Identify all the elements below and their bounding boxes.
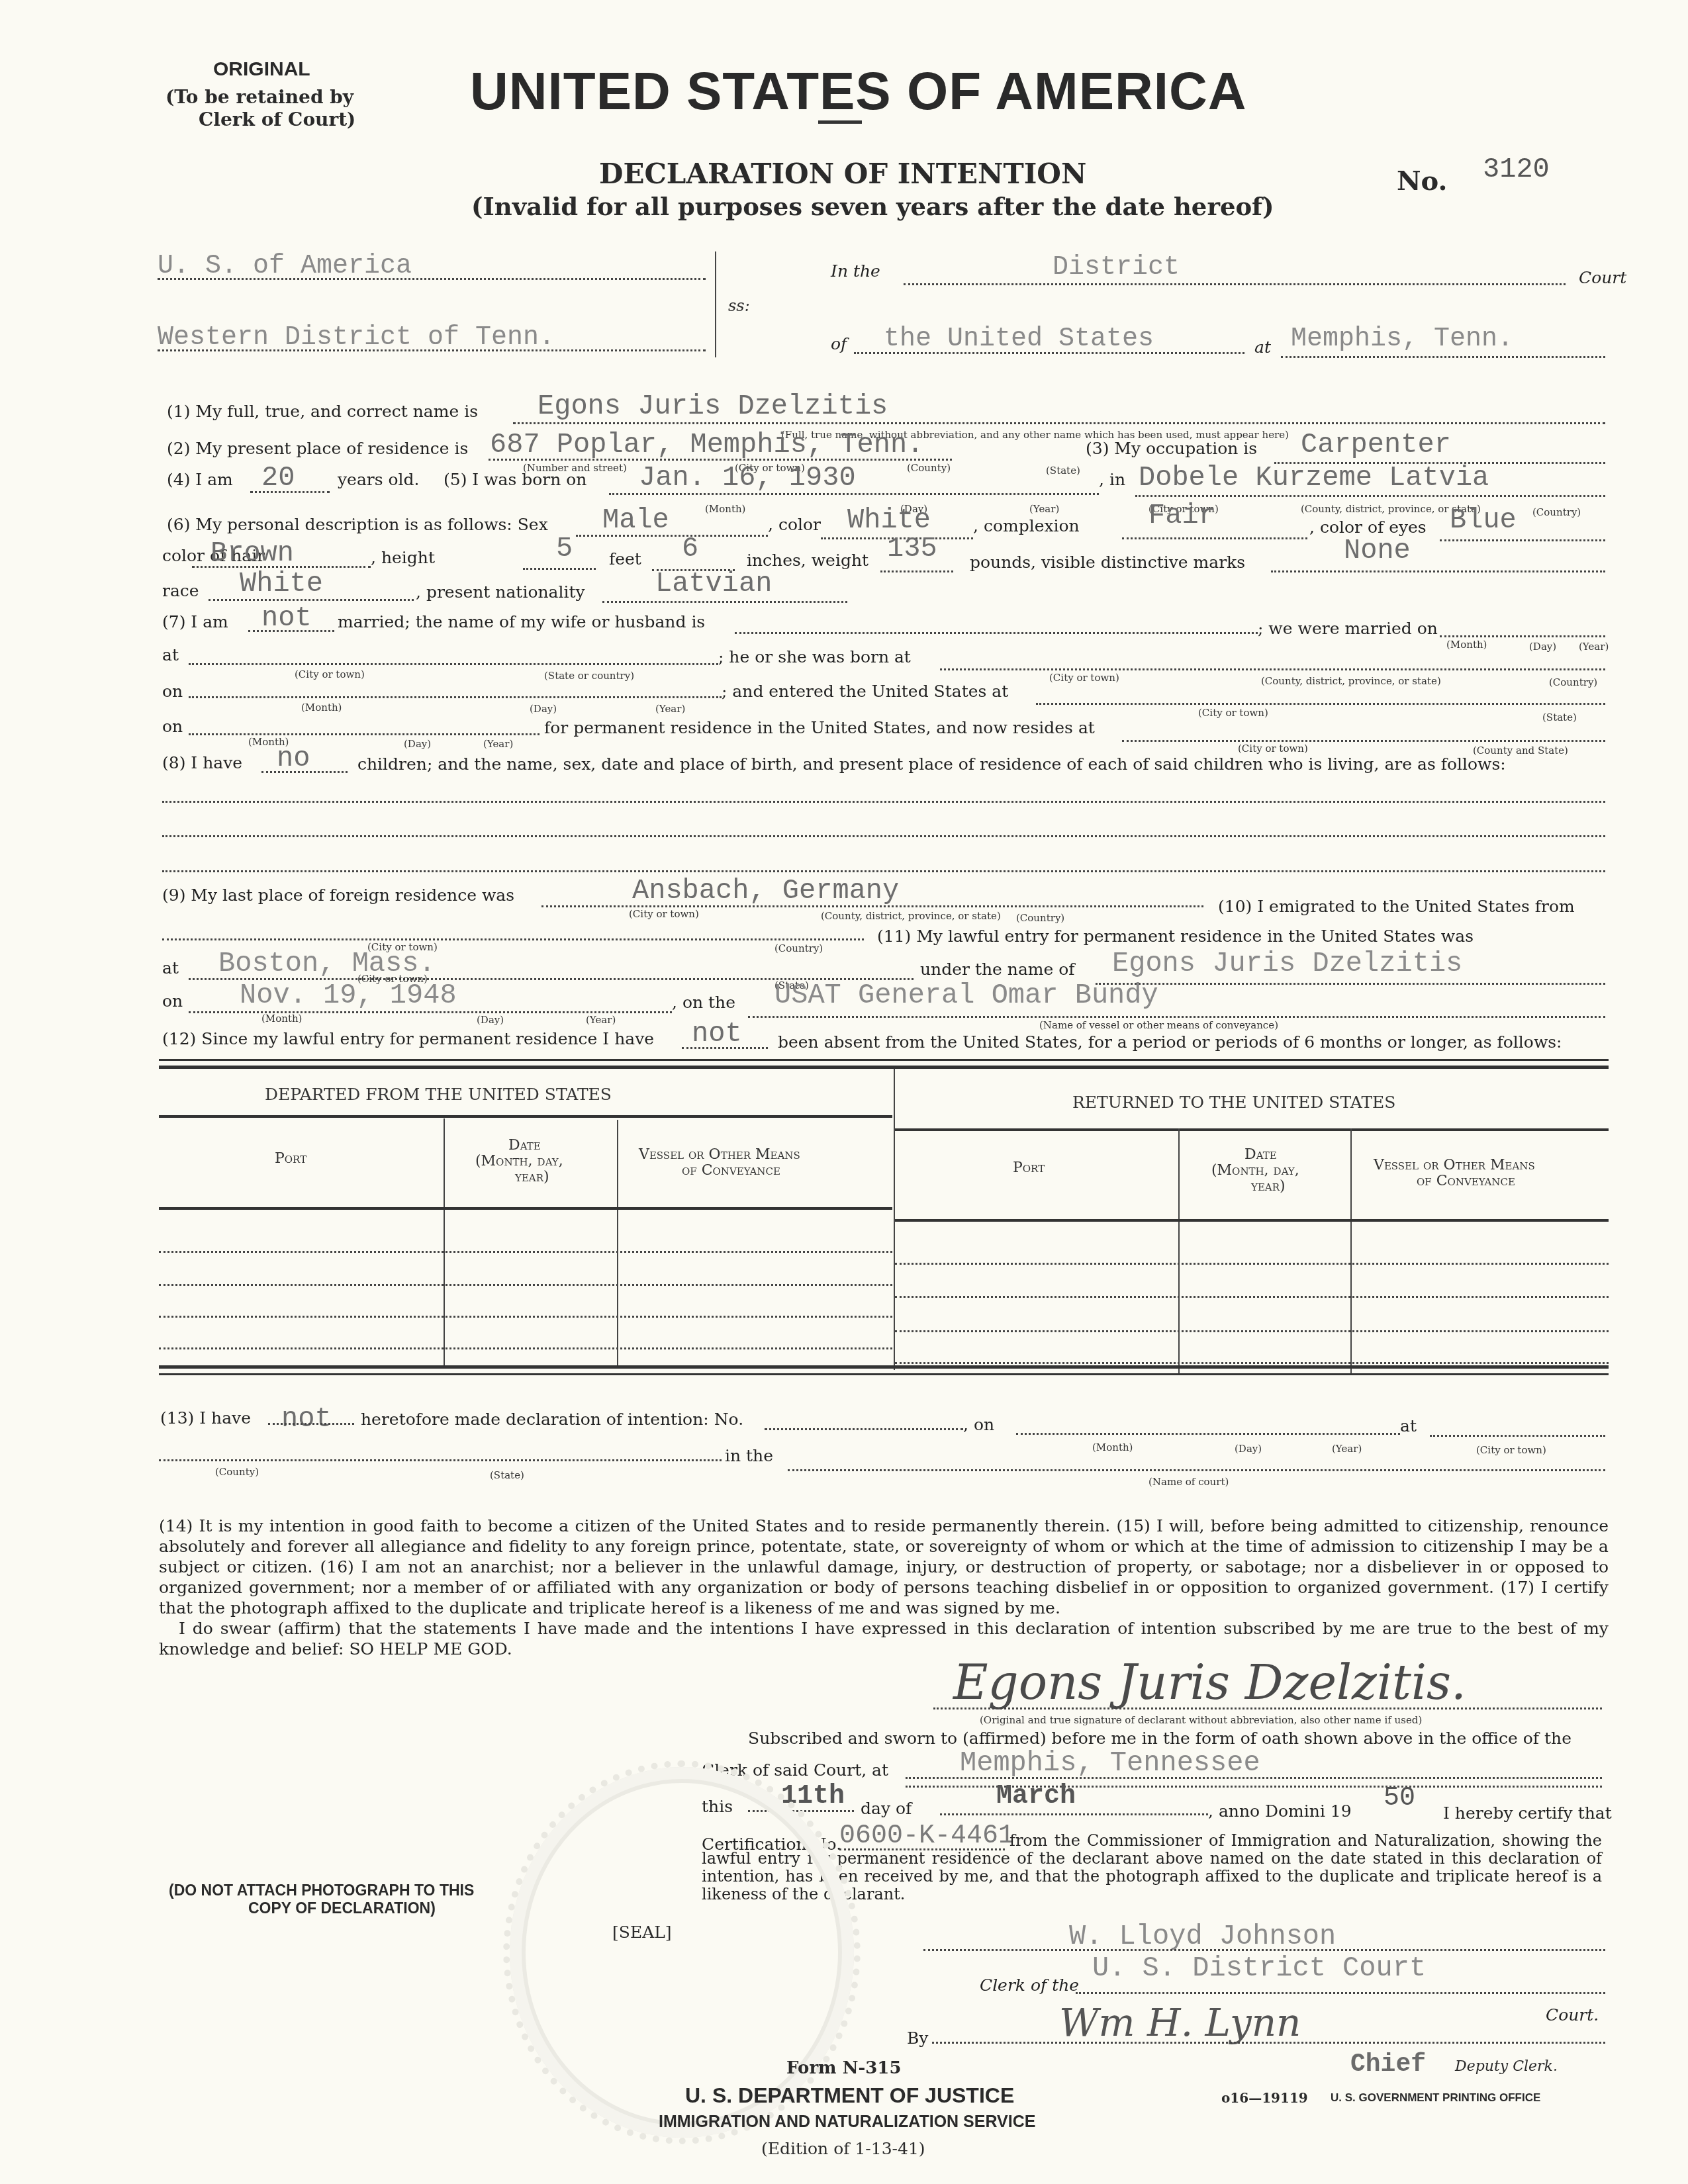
q10-caption-country: (Country) [774,942,823,954]
absent-status-value[interactable]: not [692,1018,742,1050]
q7-l3-caption-day: (Day) [530,703,557,715]
q7-l2-caption-state: (State or country) [544,670,634,682]
q5-caption-year: (Year) [1029,503,1059,515]
inches-weight-label: inches, weight [747,551,868,570]
returned-col-vessel-1: Vessel or Other Means [1374,1157,1535,1173]
birth-place-value[interactable]: Dobele Kurzeme Latvia [1139,462,1489,494]
q12-label: (12) Since my lawful entry for permanent… [162,1029,654,1048]
clerk-of-the-label: Clerk of the [980,1976,1079,1995]
children-line-3[interactable] [162,870,1605,872]
q7-on-label: on [162,682,183,701]
entry-caption-month: (Month) [261,1013,302,1024]
returned-col-date-1: Date [1244,1146,1277,1163]
validity-note: (Invalid for all purposes seven years af… [471,192,1274,221]
seal-label: [SEAL] [612,1923,672,1942]
race-value[interactable]: White [240,568,323,600]
copy-note-line1: (To be retained by [165,86,353,108]
entry-name-value[interactable]: Egons Juris Dzelzitis [1112,948,1462,979]
table-row[interactable] [895,1362,1609,1364]
entry-date-value[interactable]: Nov. 19, 1948 [240,979,457,1011]
q9-caption-country: (Country) [1016,912,1064,924]
table-row[interactable] [895,1263,1609,1265]
departed-header: DEPARTED FROM THE UNITED STATES [265,1085,612,1105]
departed-col-date-2: (Month, day, [475,1153,563,1169]
q7-l2-caption-city: (City or town) [295,668,365,680]
returned-col-vessel-2: of Conveyance [1417,1173,1515,1189]
q7-l3-caption-city: (City or town) [1198,707,1268,719]
q4-suffix: years old. [338,470,420,489]
departed-col-port: Port [275,1150,306,1167]
height-inches-value[interactable]: 6 [682,533,698,565]
q7-at-label: at [162,645,179,664]
court-type: District [1053,253,1180,283]
by-label: By [907,2028,929,2048]
prior-county-state-field[interactable] [159,1459,722,1461]
q13-caption-court: (Name of court) [1149,1476,1229,1488]
feet-label: feet [609,549,641,569]
q7-l3-caption-state: (State) [1542,711,1577,723]
q2-label: (2) My present place of residence is [167,439,468,458]
q7-label: (7) I am [162,612,228,631]
year-suffix-value[interactable]: 50 [1383,1784,1415,1813]
q4-label: (4) I am [167,470,233,489]
declaration-number: 3120 [1483,154,1550,185]
declaration-of-intention-form: ORIGINAL (To be retained by Clerk of Cou… [0,0,1688,2184]
q5-label: (5) I was born on [444,470,586,489]
sworn-place-value[interactable]: Memphis, Tennessee [960,1747,1260,1779]
q7-l3-caption-month: (Month) [301,702,342,713]
departed-col-vessel-1: Vessel or Other Means [639,1146,800,1163]
children-value[interactable]: no [277,743,310,774]
venue-country: U. S. of America [158,251,412,281]
hair-value[interactable]: Brown [211,537,294,569]
prior-number-field[interactable] [765,1428,963,1430]
birth-date-value[interactable]: Jan. 16, 1930 [639,462,856,494]
clerk-name-value: W. Lloyd Johnson [1069,1921,1336,1952]
complexion-label: , complexion [973,516,1080,535]
q13-caption-month: (Month) [1092,1441,1133,1453]
q2-caption-county: (County) [907,462,951,474]
anno-label: , anno Domini 19 [1208,1801,1352,1821]
foreign-residence-value[interactable]: Ansbach, Germany [632,875,899,907]
table-row[interactable] [159,1251,892,1253]
q7-on-label-2: on [162,717,183,736]
vessel-value[interactable]: USAT General Omar Bundy [774,979,1158,1011]
q8-label: (8) I have [162,753,242,772]
children-line-1[interactable] [162,801,1605,803]
entry-caption-year: (Year) [586,1014,616,1026]
departed-col-date-1: Date [508,1137,541,1154]
eyes-label: , color of eyes [1309,518,1427,537]
vessel-caption: (Name of vessel or other means of convey… [1039,1019,1278,1031]
entry-on-label: on [162,991,183,1011]
number-label: No. [1397,165,1447,197]
residence-value[interactable]: 687 Poplar, Memphis, Tenn. [490,429,923,461]
table-row[interactable] [159,1316,892,1318]
q13-label: (13) I have [160,1408,251,1428]
q11-label: (11) My lawful entry for permanent resid… [877,927,1474,946]
nationality-value[interactable]: Latvian [655,568,772,600]
q7-l4-caption-day: (Day) [404,738,431,750]
q6-label: (6) My personal description is as follow… [167,515,548,534]
court-label: Court [1579,268,1626,287]
entered-label: ; and entered the United States at [722,682,1008,701]
oath-paragraph: (14) It is my intention in good faith to… [159,1516,1609,1618]
q9-caption-district: (County, district, province, or state) [821,910,1001,922]
eyes-value[interactable]: Blue [1450,504,1517,536]
deputy-signature: Wm H. Lynn [1059,2000,1301,2045]
q7-l2-caption-district: (County, district, province, or state) [1261,675,1441,687]
q2-caption-state: (State) [1046,465,1080,477]
q7-caption-month: (Month) [1446,639,1487,651]
age-value[interactable]: 20 [261,462,295,494]
returned-header: RETURNED TO THE UNITED STATES [1072,1093,1395,1113]
nationality-label: , present nationality [416,582,585,602]
born-at-label: ; he or she was born at [718,647,911,666]
declarant-signature: Egons Juris Dzelzitis. [953,1655,1466,1710]
q7-l4-caption-city: (City or town) [1238,743,1308,754]
q7-l4-caption-year: (Year) [483,738,513,750]
weight-value[interactable]: 135 [887,533,937,565]
deputy-clerk-label: Deputy Clerk. [1455,2058,1558,2075]
printer-name: U. S. GOVERNMENT PRINTING OFFICE [1331,2091,1540,2105]
at-label: at [1254,338,1271,357]
table-top-rule [159,1059,1609,1061]
birth-in-label: , in [1099,470,1125,489]
sex-value[interactable]: Male [602,504,669,536]
height-feet-value[interactable]: 5 [556,533,573,565]
married-on-label: ; we were married on [1258,619,1438,638]
height-label: , height [371,548,435,567]
returned-col-port: Port [1013,1160,1045,1176]
q8-text: children; and the name, sex, date and pl… [357,754,1506,774]
oath-swear: I do swear (affirm) that the statements … [159,1618,1609,1659]
page-title: UNITED STATES OF AMERICA [470,61,1247,122]
occupation-value[interactable]: Carpenter [1301,429,1451,461]
title-rule [818,120,862,124]
day-of-label: day of [861,1799,912,1818]
department-name: U. S. DEPARTMENT OF JUSTICE [685,2083,1014,2108]
on-the-label: , on the [672,993,735,1012]
q13-on-label: , on [963,1415,994,1434]
q13-caption-day: (Day) [1235,1443,1262,1455]
form-subtitle: DECLARATION OF INTENTION [599,158,1086,190]
q7-caption-year: (Year) [1579,641,1609,653]
certify-label: I hereby certify that [1443,1803,1612,1823]
q13-caption-county: (County) [215,1466,259,1478]
photo-note-line1: (DO NOT ATTACH PHOTOGRAPH TO THIS [169,1882,474,1899]
complexion-value[interactable]: Fair [1149,500,1215,531]
returned-col-date-3: year) [1251,1178,1286,1195]
service-name: IMMIGRATION AND NATURALIZATION SERVICE [659,2113,1035,2132]
q13-caption-city: (City or town) [1476,1444,1546,1456]
pounds-marks-label: pounds, visible distinctive marks [970,553,1245,572]
prior-court-field[interactable] [788,1469,1605,1471]
prior-city-field[interactable] [1430,1435,1605,1437]
q9-label: (9) My last place of foreign residence w… [162,886,514,905]
print-code: o16—19119 [1221,2090,1308,2106]
venue-district: Western District of Tenn. [158,323,555,353]
q1-label: (1) My full, true, and correct name is [167,402,478,421]
q13-in-the-label: in the [725,1446,773,1465]
race-label: race [162,581,199,600]
venue-brace [715,251,716,357]
under-name-label: under the name of [920,960,1075,979]
q7-caption-day: (Day) [1529,641,1556,653]
q5-caption-month: (Month) [705,503,745,515]
ss-label: ss: [728,296,750,315]
table-row[interactable] [159,1284,892,1286]
married-status-value[interactable]: not [261,602,312,634]
prior-date-field[interactable] [1016,1433,1400,1435]
court-of: the United States [884,324,1154,354]
month-value[interactable]: March [996,1782,1076,1811]
q5-caption-country: (Country) [1532,506,1581,518]
entry-caption-day: (Day) [477,1014,504,1026]
copy-label: ORIGINAL [213,58,310,81]
in-the-label: In the [831,261,880,281]
q7-l2-caption-country: (Country) [1549,676,1597,688]
table-bottom-rule [159,1365,1609,1369]
q9-caption-city: (City or town) [629,908,699,920]
form-number: Form N-315 [786,2058,901,2078]
copy-note-line2: Clerk of Court) [199,109,355,130]
returned-col-date-2: (Month, day, [1211,1162,1299,1179]
q7-l3-caption-year: (Year) [655,703,685,715]
table-row[interactable] [895,1330,1609,1332]
q13-caption-state: (State) [490,1469,524,1481]
q12-text: been absent from the United States, for … [778,1032,1562,1052]
children-line-2[interactable] [162,835,1605,837]
table-row[interactable] [159,1347,892,1349]
entry-at-label: at [162,958,179,978]
sworn-text: Subscribed and sworn to (affirmed) befor… [748,1729,1571,1748]
emigrated-from-field[interactable] [162,938,864,940]
court-location: Memphis, Tenn. [1291,324,1513,354]
q7-text: married; the name of my wife or husband … [338,612,705,631]
departed-col-date-3: year) [515,1169,549,1185]
marks-value[interactable]: None [1344,535,1411,567]
q7-l2-caption-city2: (City or town) [1049,672,1119,684]
full-name-value[interactable]: Egons Juris Dzelzitis [538,390,888,422]
q13-at-label: at [1400,1416,1417,1435]
q3-label: (3) My occupation is [1086,439,1257,458]
q13-caption-year: (Year) [1332,1443,1362,1455]
color-label: , color [768,515,821,534]
deputy-title-value: Chief [1350,2050,1426,2079]
q10-label: (10) I emigrated to the United States fr… [1218,897,1575,916]
of-label: of [831,334,847,353]
q13-text: heretofore made declaration of intention… [361,1410,743,1429]
color-value[interactable]: White [847,504,931,536]
clerk-court-value: U. S. District Court [1092,1952,1426,1984]
table-row[interactable] [895,1296,1609,1298]
prior-status-value[interactable]: not [281,1403,332,1435]
edition: (Edition of 1-13-41) [761,2139,925,2158]
permanent-label: for permanent residence in the United St… [544,718,1095,737]
signature-caption: (Original and true signature of declaran… [980,1714,1422,1726]
departed-col-vessel-2: of Conveyance [682,1162,780,1179]
court-suffix: Court. [1546,2005,1599,2025]
photo-note-line2: COPY OF DECLARATION) [248,1899,436,1917]
